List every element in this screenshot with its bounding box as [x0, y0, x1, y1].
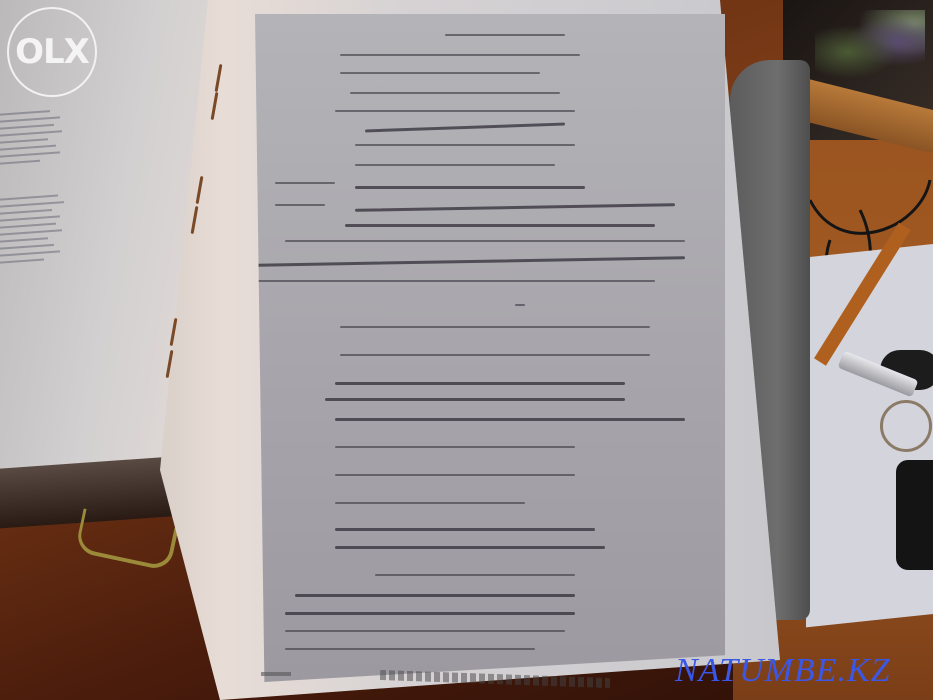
facsimile-caption-left	[261, 672, 291, 676]
book-printed-text	[0, 104, 70, 270]
natumbe-watermark: NATUMBE.KZ	[675, 652, 891, 690]
photo-scene	[0, 0, 933, 700]
olx-logo-text: OLX	[15, 32, 89, 72]
car-key-fob	[896, 460, 933, 570]
olx-watermark: OLX	[7, 7, 97, 97]
handwritten-manuscript	[255, 14, 725, 682]
key-ring	[880, 400, 932, 452]
frame-artwork	[815, 10, 925, 80]
